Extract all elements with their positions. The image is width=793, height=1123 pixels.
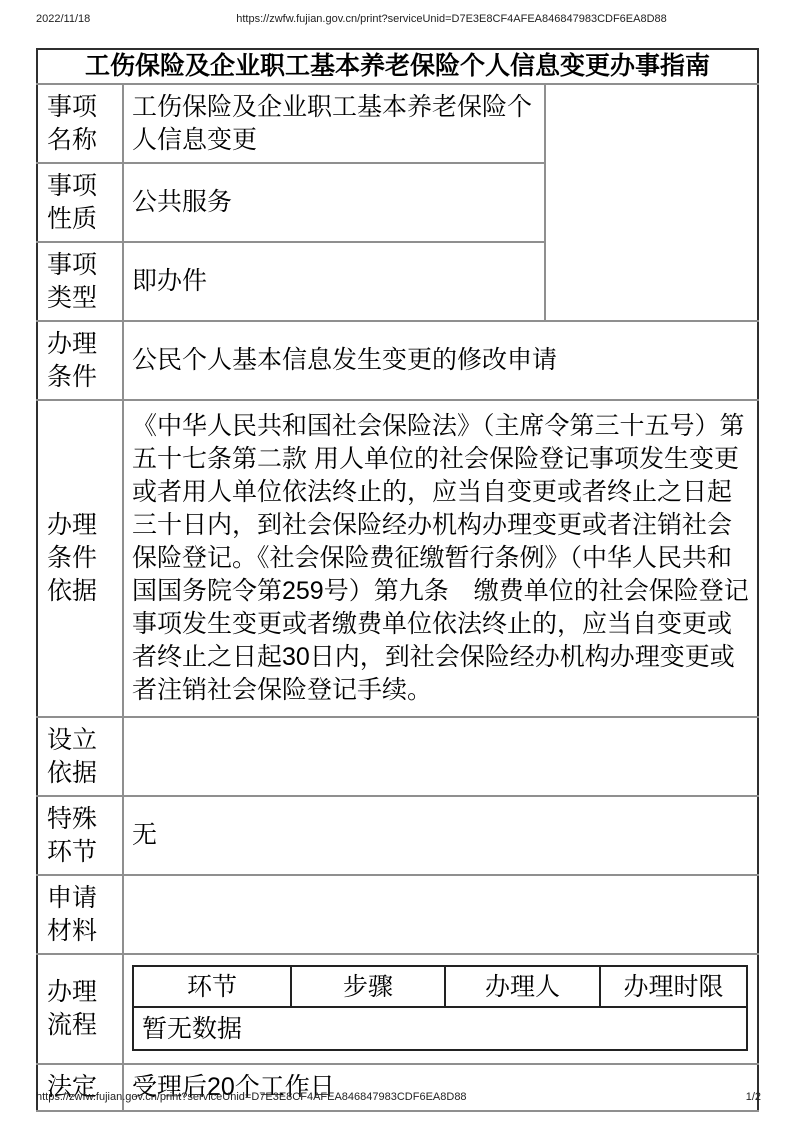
item-name-label: 事项名称 [37, 84, 123, 163]
item-name-value: 工伤保险及企业职工基本养老保险个人信息变更 [123, 84, 545, 163]
guide-table: 工伤保险及企业职工基本养老保险个人信息变更办事指南 事项名称 工伤保险及企业职工… [36, 48, 759, 1112]
application-materials-value [123, 875, 758, 954]
empty-side-cell [545, 84, 758, 321]
process-table: 环节 步骤 办理人 办理时限 暂无数据 [132, 965, 748, 1051]
row-application-materials: 申请材料 [37, 875, 758, 954]
page-title: 工伤保险及企业职工基本养老保险个人信息变更办事指南 [37, 49, 758, 84]
print-page: 2022/11/18 https://zwfw.fujian.gov.cn/pr… [0, 0, 793, 1123]
page-indicator: 1/2 [746, 1091, 761, 1103]
establishment-basis-label: 设立依据 [37, 717, 123, 796]
process-no-data: 暂无数据 [133, 1007, 747, 1050]
application-materials-label: 申请材料 [37, 875, 123, 954]
process-header-procedure: 步骤 [291, 966, 445, 1007]
row-establishment-basis: 设立依据 [37, 717, 758, 796]
header-date: 2022/11/18 [36, 13, 90, 25]
handling-process-cell: 环节 步骤 办理人 办理时限 暂无数据 [123, 954, 758, 1064]
statutory-label: 法定 [37, 1064, 123, 1111]
process-header-row: 环节 步骤 办理人 办理时限 [133, 966, 747, 1007]
title-row: 工伤保险及企业职工基本养老保险个人信息变更办事指南 [37, 49, 758, 84]
special-procedures-value: 无 [123, 796, 758, 875]
process-header-time-limit: 办理时限 [600, 966, 747, 1007]
row-special-procedures: 特殊环节 无 [37, 796, 758, 875]
special-procedures-label: 特殊环节 [37, 796, 123, 875]
process-header-step: 环节 [133, 966, 291, 1007]
conditions-basis-value: 《中华人民共和国社会保险法》（主席令第三十五号）第五十七条第二款 用人单位的社会… [123, 400, 758, 717]
row-handling-process: 办理流程 环节 步骤 办理人 办理时限 暂无数据 [37, 954, 758, 1064]
row-conditions-basis: 办理条件依据 《中华人民共和国社会保险法》（主席令第三十五号）第五十七条第二款 … [37, 400, 758, 717]
handling-process-label: 办理流程 [37, 954, 123, 1064]
row-handling-conditions: 办理条件 公民个人基本信息发生变更的修改申请 [37, 321, 758, 400]
establishment-basis-value [123, 717, 758, 796]
item-type-value: 即办件 [123, 242, 545, 321]
statutory-value: 受理后20个工作日 [123, 1064, 758, 1111]
item-nature-label: 事项性质 [37, 163, 123, 242]
row-item-name: 事项名称 工伤保险及企业职工基本养老保险个人信息变更 [37, 84, 758, 163]
process-empty-row: 暂无数据 [133, 1007, 747, 1050]
item-nature-value: 公共服务 [123, 163, 545, 242]
item-type-label: 事项类型 [37, 242, 123, 321]
handling-conditions-label: 办理条件 [37, 321, 123, 400]
row-statutory-time-limit: 法定 受理后20个工作日 [37, 1064, 758, 1111]
conditions-basis-label: 办理条件依据 [37, 400, 123, 717]
header-url: https://zwfw.fujian.gov.cn/print?service… [120, 13, 783, 25]
handling-conditions-value: 公民个人基本信息发生变更的修改申请 [123, 321, 758, 400]
process-header-handler: 办理人 [445, 966, 600, 1007]
footer-url: https://zwfw.fujian.gov.cn/print?service… [36, 1091, 467, 1103]
